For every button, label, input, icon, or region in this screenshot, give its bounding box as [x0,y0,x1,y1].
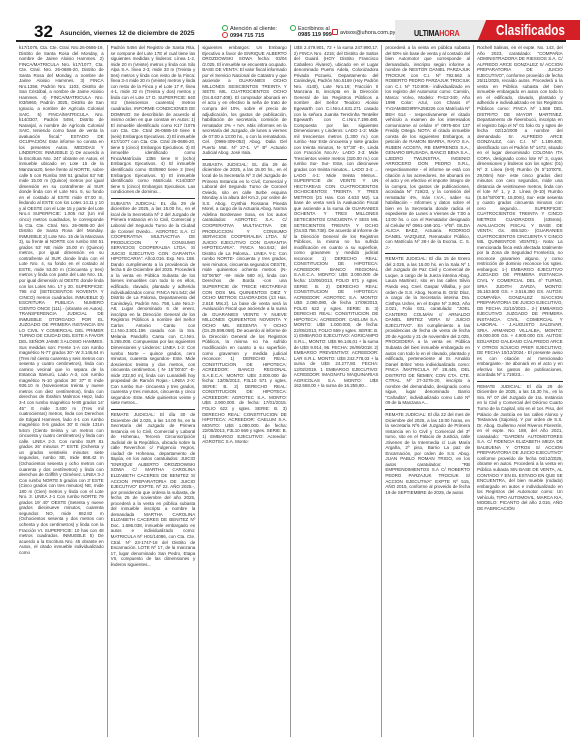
notice-text: Rochell Salinas, en el expte. No. 143, d… [477,45,563,378]
column-6: Rochell Salinas, en el expte. No. 143, d… [474,45,566,737]
email-address: avisos@uhora.com.py [340,30,395,36]
publication-date: Asunción, viernes 12 de diciembre de 202… [60,30,195,37]
notice-divider [385,409,470,410]
notice-divider [385,253,470,254]
column-4: U$S 2.479.901, 72 + la suma 247.990,17. … [291,45,383,737]
header-rule [16,40,566,42]
whatsapp-icon [290,25,296,31]
column-5: procederá a la venta en pública subasta … [382,45,474,737]
notice-text: SUBASTA JUDICIAL: EL día 29 de diciembre… [111,201,196,406]
whatsapp-contact[interactable]: Escribinos al 0985 119 999 [290,25,332,39]
customer-service-label: Atención al cliente: [230,26,277,32]
whatsapp-icon [222,25,228,31]
notice-text: k17/1076, Cta. Cte. Ctral. Nro.26-0686-1… [19,45,104,555]
notice-text: REMATE JUDICIAL: El día 30 de Diciembre … [111,412,196,567]
notice-text: SUBASTA JUDICIAL: EL día 29 de diciembre… [202,162,287,445]
notice-text: REMATE JUDICIAL: El día 22 del mes de Di… [385,412,470,495]
write-phone: 0985 119 999 [298,32,332,38]
section-title: Clasificados [496,22,565,39]
notice-text: REMATE JUDICIAL: El día 29 de Diciembre … [477,384,563,512]
notice-divider [111,409,196,410]
notice-divider [111,198,196,199]
notice-text: siguientes embargos: Un Embargo Ejecutiv… [202,45,287,156]
classifieds-columns: k17/1076, Cta. Cte. Ctral. Nro.26-0686-1… [16,45,566,737]
section-tab: Clasificados [478,20,580,40]
notice-divider [477,381,563,382]
notice-text: Padrón 5494 del Registro de Santa Rita, … [111,45,196,195]
page-header: 32 Asunción, viernes 12 de diciembre de … [0,0,580,40]
notice-text: REMATE JUDICIAL: El día 15 de Enero del … [385,256,470,406]
phone-icon [222,32,228,38]
email-contact[interactable]: avisos@uhora.com.py [332,29,395,36]
column-1: k17/1076, Cta. Cte. Ctral. Nro.26-0686-1… [16,45,108,737]
notice-text: U$S 2.479.901, 72 + la suma 247.990,17. … [294,45,379,389]
column-3: siguientes embargos: Un Embargo Ejecutiv… [199,45,291,737]
ultimahora-logo: ULTIMAHORA [414,28,459,38]
page-number: 32 [34,24,53,40]
write-label: Escribinos al [298,26,330,32]
customer-service-contact[interactable]: Atención al cliente: 0994 715 715 [222,25,277,40]
column-2: Padrón 5494 del Registro de Santa Rita, … [108,45,200,737]
notice-text: procederá a la venta en pública subasta … [385,45,470,250]
customer-service-phone: 0994 715 715 [230,33,264,39]
notice-divider [202,159,287,160]
mail-icon [332,29,338,35]
